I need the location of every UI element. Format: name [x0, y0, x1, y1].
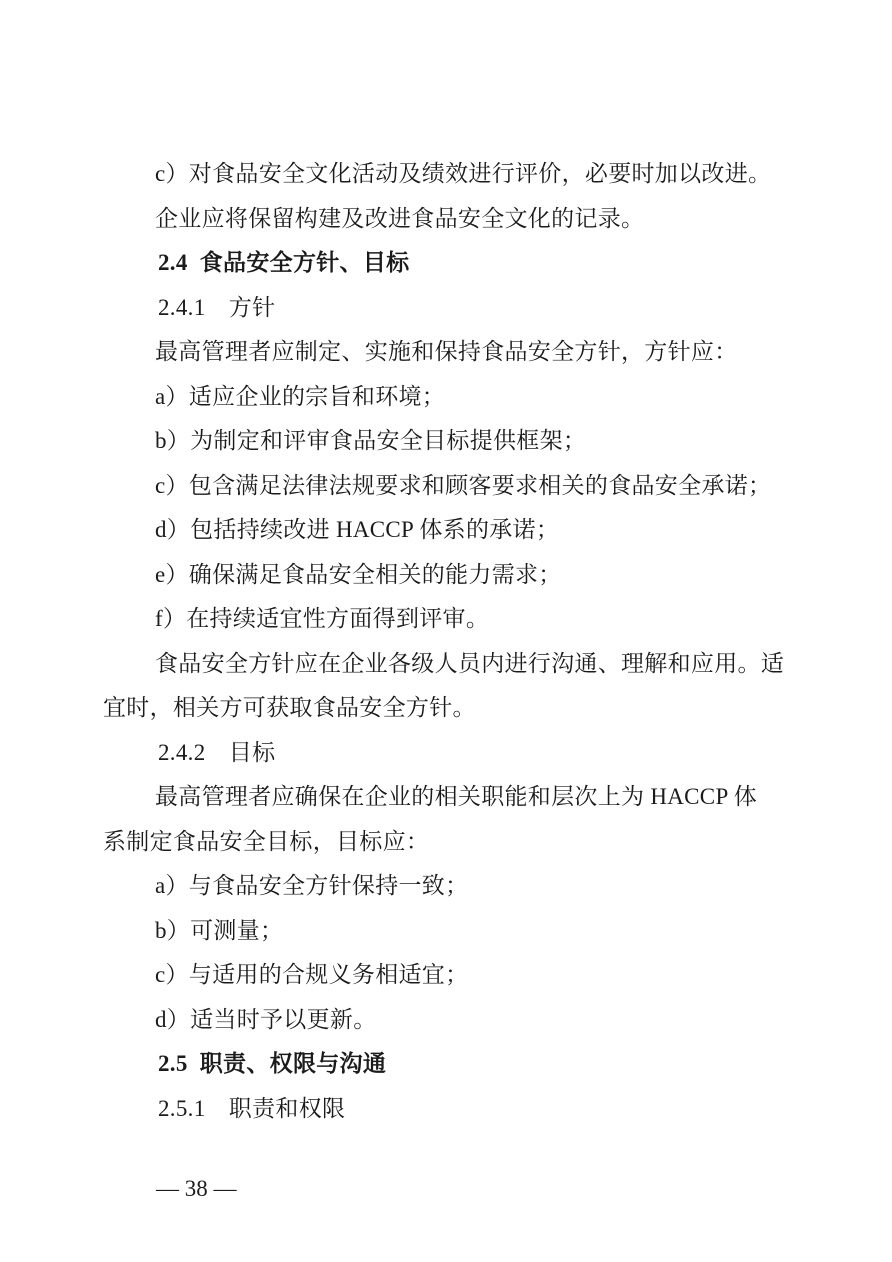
page-footer: — 38 —	[103, 1138, 787, 1240]
page-number: — 38 —	[126, 1176, 237, 1201]
text-line: a）适应企业的宗旨和环境；	[103, 375, 787, 420]
text-line: 最高管理者应确保在企业的相关职能和层次上为 HACCP 体	[103, 775, 787, 820]
text-line: 宜时，相关方可获取食品安全方针。	[103, 686, 787, 731]
text-line: c）对食品安全文化活动及绩效进行评价，必要时加以改进。	[103, 152, 787, 197]
text-line: 2.4.1 方针	[103, 286, 787, 331]
text-line: b）为制定和评审食品安全目标提供框架；	[103, 419, 787, 464]
document-page: c）对食品安全文化活动及绩效进行评价，必要时加以改进。企业应将保留构建及改进食品…	[0, 0, 892, 1262]
text-line: 2.4 食品安全方针、目标	[103, 241, 787, 286]
text-line: 2.5.1 职责和权限	[103, 1087, 787, 1132]
text-line: b）可测量；	[103, 909, 787, 954]
text-line: a）与食品安全方针保持一致；	[103, 864, 787, 909]
text-line: c）包含满足法律法规要求和顾客要求相关的食品安全承诺；	[103, 464, 787, 509]
text-line: e）确保满足食品安全相关的能力需求；	[103, 553, 787, 598]
text-line: c）与适用的合规义务相适宜；	[103, 953, 787, 998]
text-line: d）包括持续改进 HACCP 体系的承诺；	[103, 508, 787, 553]
text-line: 2.4.2 目标	[103, 731, 787, 776]
text-line: d）适当时予以更新。	[103, 998, 787, 1043]
text-line: 企业应将保留构建及改进食品安全文化的记录。	[103, 197, 787, 242]
document-body: c）对食品安全文化活动及绩效进行评价，必要时加以改进。企业应将保留构建及改进食品…	[103, 152, 787, 1131]
text-line: f）在持续适宜性方面得到评审。	[103, 597, 787, 642]
text-line: 食品安全方针应在企业各级人员内进行沟通、理解和应用。适	[103, 642, 787, 687]
text-line: 最高管理者应制定、实施和保持食品安全方针，方针应：	[103, 330, 787, 375]
text-line: 2.5 职责、权限与沟通	[103, 1042, 787, 1087]
text-line: 系制定食品安全目标，目标应：	[103, 820, 787, 865]
